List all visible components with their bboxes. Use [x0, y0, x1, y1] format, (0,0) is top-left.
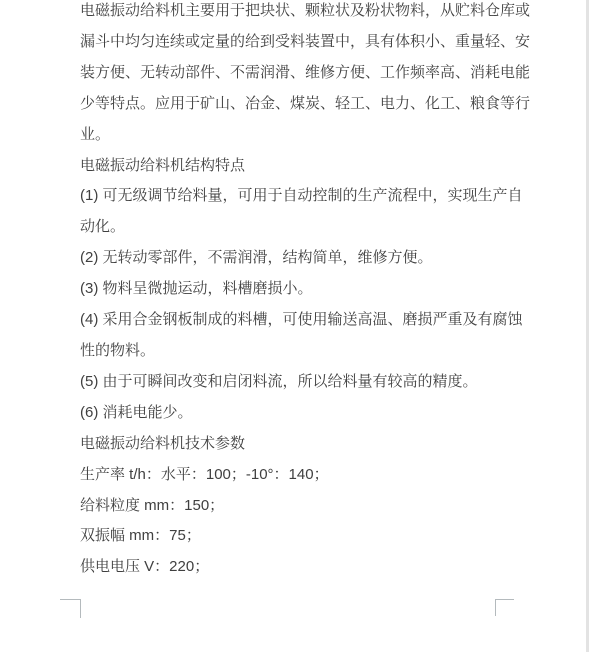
- paragraph-line: 装方便、无转动部件、不需润滑、维修方便、工作频率高、消耗电能: [80, 58, 520, 89]
- document-body: 电磁振动给料机主要用于把块状、颗粒状及粉状物料，从贮料仓库或 漏斗中均匀连续或定…: [80, 0, 520, 583]
- document-page: 电磁振动给料机主要用于把块状、颗粒状及粉状物料，从贮料仓库或 漏斗中均匀连续或定…: [0, 0, 591, 652]
- list-item-1-line: 动化。: [80, 212, 520, 243]
- paragraph-line: 业。: [80, 120, 520, 151]
- spec-line-double-amplitude: 双振幅 mm：75；: [80, 521, 520, 552]
- list-item-3-line: (3) 物料呈微抛运动，料槽磨损小。: [80, 274, 520, 305]
- page-margin-mark-right: [495, 599, 514, 616]
- list-item-5-line: (5) 由于可瞬间改变和启闭料流，所以给料量有较高的精度。: [80, 367, 520, 398]
- paragraph-line: 少等特点。应用于矿山、冶金、煤炭、轻工、电力、化工、粮食等行: [80, 89, 520, 120]
- list-item-1-line: (1) 可无级调节给料量，可用于自动控制的生产流程中，实现生产自: [80, 181, 520, 212]
- list-item-6-line: (6) 消耗电能少。: [80, 398, 520, 429]
- paragraph-line: 电磁振动给料机主要用于把块状、颗粒状及粉状物料，从贮料仓库或: [80, 0, 520, 27]
- scrollbar[interactable]: [586, 0, 589, 652]
- spec-line-supply-voltage: 供电电压 V：220；: [80, 552, 520, 583]
- list-item-4-line: 性的物料。: [80, 336, 520, 367]
- paragraph-line: 漏斗中均匀连续或定量的给到受料装置中，具有体积小、重量轻、安: [80, 27, 520, 58]
- section-heading-structure-features: 电磁振动给料机结构特点: [80, 151, 520, 182]
- list-item-2-line: (2) 无转动零部件，不需润滑，结构简单，维修方便。: [80, 243, 520, 274]
- spec-line-feed-size: 给料粒度 mm：150；: [80, 491, 520, 522]
- page-margin-mark-left: [60, 599, 81, 618]
- section-heading-technical-parameters: 电磁振动给料机技术参数: [80, 429, 520, 460]
- list-item-4-line: (4) 采用合金钢板制成的料槽，可使用输送高温、磨损严重及有腐蚀: [80, 305, 520, 336]
- spec-line-production-rate: 生产率 t/h：水平：100；-10°：140；: [80, 460, 520, 491]
